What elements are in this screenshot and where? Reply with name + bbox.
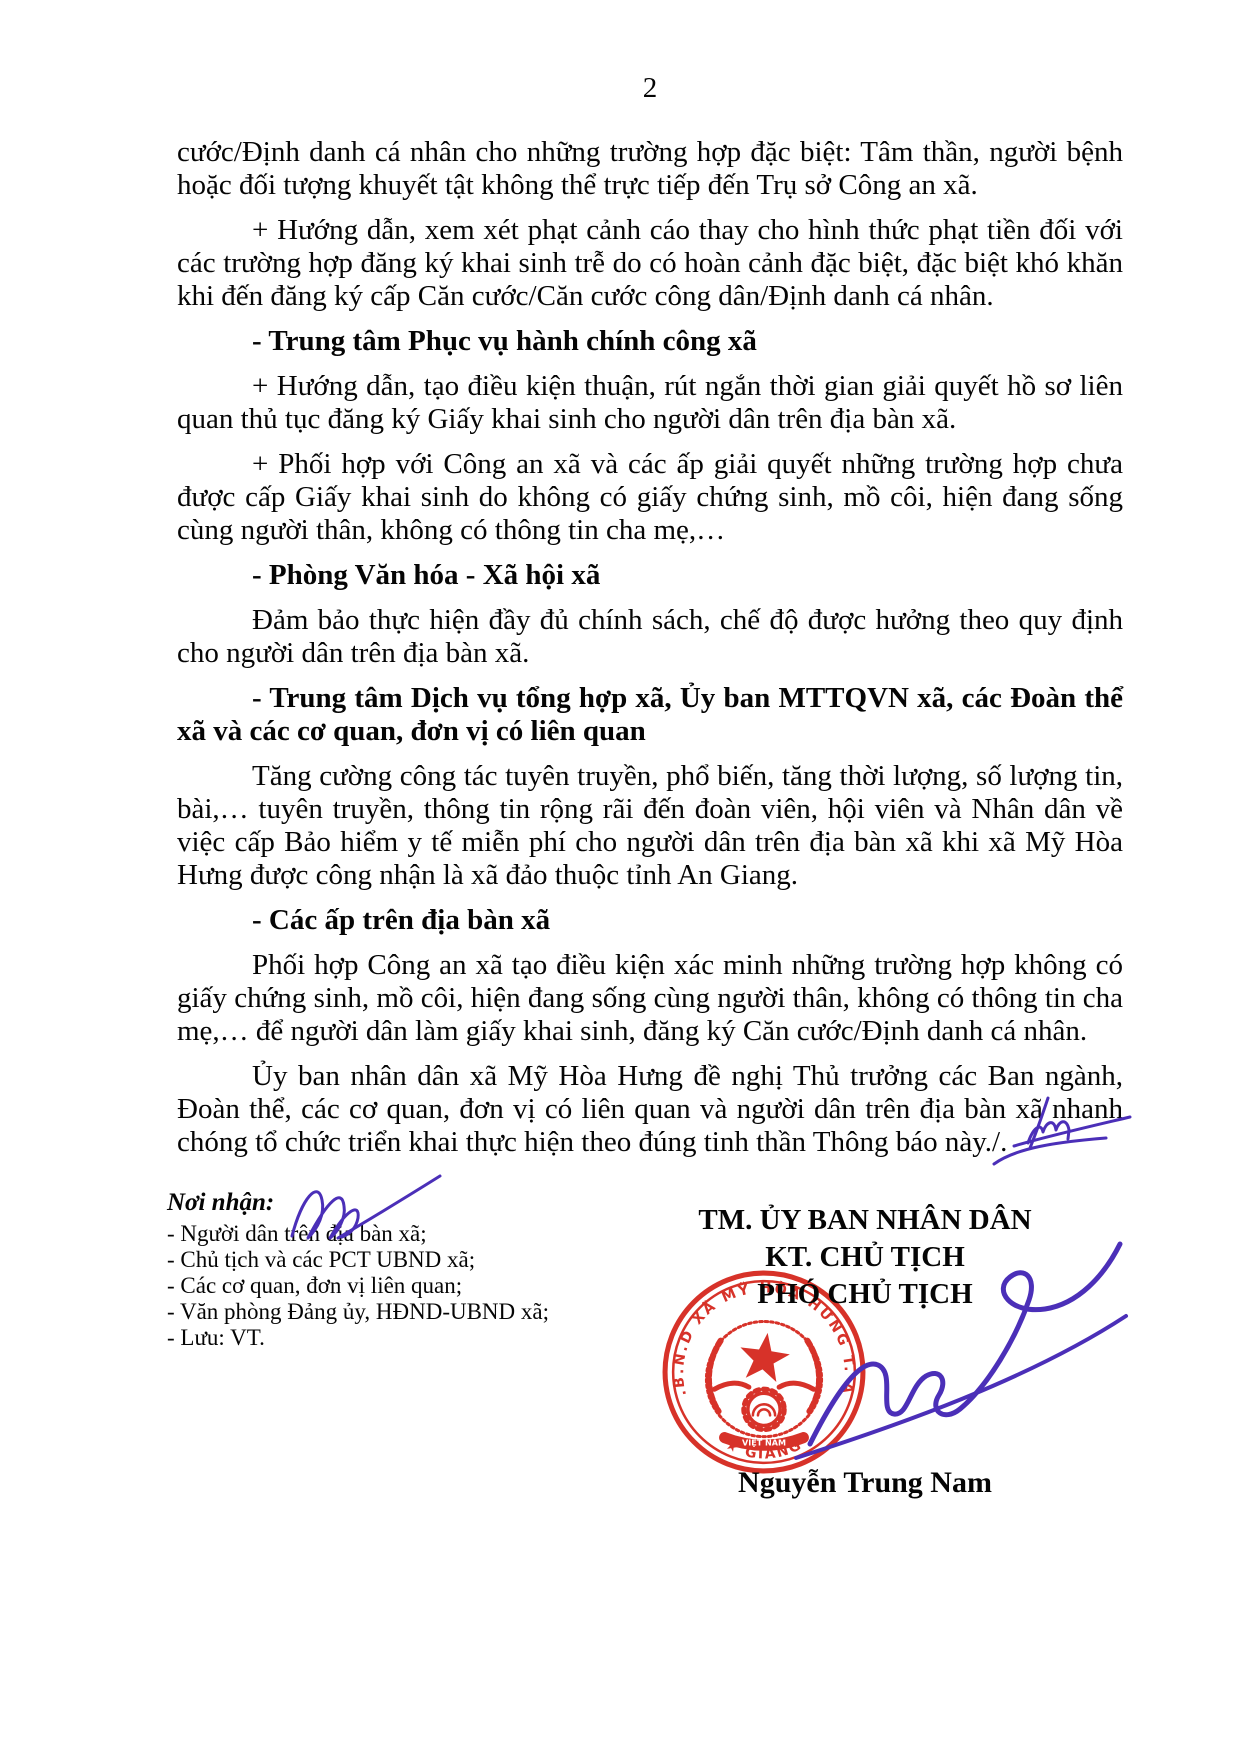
section-heading: - Phòng Văn hóa - Xã hội xã (177, 559, 1123, 592)
recipient-item: - Các cơ quan, đơn vị liên quan; (167, 1273, 587, 1299)
body-paragraph: + Hướng dẫn, xem xét phạt cảnh cáo thay … (177, 214, 1123, 313)
body-paragraph: Tăng cường công tác tuyên truyền, phổ bi… (177, 760, 1123, 892)
body-paragraph: Đảm bảo thực hiện đầy đủ chính sách, chế… (177, 604, 1123, 670)
recipient-item: - Văn phòng Đảng ủy, HĐND-UBND xã; (167, 1299, 587, 1325)
body-paragraph: Ủy ban nhân dân xã Mỹ Hòa Hưng đề nghị T… (177, 1060, 1123, 1159)
body-paragraph: + Phối hợp với Công an xã và các ấp giải… (177, 448, 1123, 547)
document-body: cước/Định danh cá nhân cho những trường … (177, 136, 1123, 1171)
body-paragraph: + Hướng dẫn, tạo điều kiện thuận, rút ng… (177, 370, 1123, 436)
section-heading: - Trung tâm Dịch vụ tổng hợp xã, Ủy ban … (177, 682, 1123, 748)
handwritten-signature (766, 1228, 1142, 1472)
section-heading: - Trung tâm Phục vụ hành chính công xã (177, 325, 1123, 358)
body-paragraph: Phối hợp Công an xã tạo điều kiện xác mi… (177, 949, 1123, 1048)
body-paragraph: cước/Định danh cá nhân cho những trường … (177, 136, 1123, 202)
recipient-item: - Lưu: VT. (167, 1325, 587, 1351)
section-heading: - Các ấp trên địa bàn xã (177, 904, 1123, 937)
document-page: 2 cước/Định danh cá nhân cho những trườn… (0, 0, 1241, 1755)
signature-flourish (280, 1166, 450, 1254)
page-number: 2 (177, 72, 1123, 105)
signature-flourish (986, 1086, 1142, 1176)
